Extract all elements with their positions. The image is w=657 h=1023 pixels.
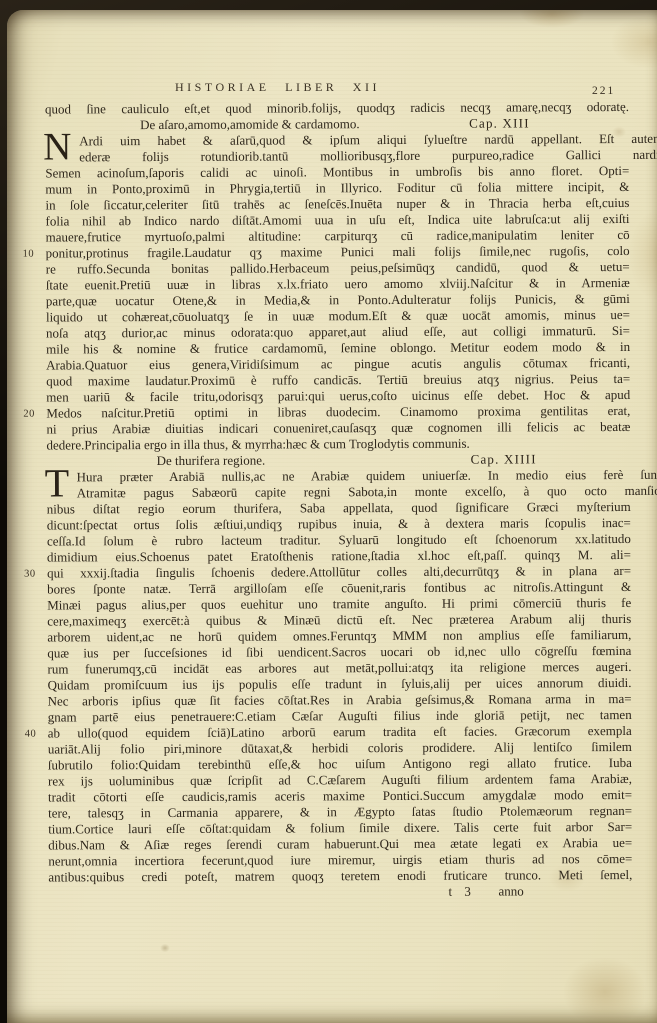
- text-block: N T t 3 anno quod ſine cauliculo eſt,et …: [45, 99, 633, 922]
- book-scan-photo: { "page": { "header": { "running_title":…: [0, 0, 657, 1023]
- margin-line-number: 40: [25, 727, 37, 743]
- chapter-title: De thurifera regione.: [157, 453, 266, 469]
- chapter-number: Cap. XIII: [469, 115, 530, 131]
- folio-page-number: 221: [592, 85, 615, 97]
- gathering-signature-mark: t 3: [448, 884, 470, 900]
- margin-line-number: 10: [23, 247, 35, 263]
- margin-line-number: 30: [24, 567, 36, 583]
- book-page: HISTORIAE LIBER XII 221 N T t 3 anno quo…: [7, 10, 657, 1023]
- chapter-number: Cap. XIIII: [471, 451, 537, 467]
- signature-line: t 3 anno: [48, 883, 632, 902]
- running-title: HISTORIAE LIBER XII: [175, 80, 380, 95]
- margin-line-number: 20: [23, 407, 35, 423]
- catchword: anno: [498, 883, 523, 899]
- chapter-title: De aſaro,amomo,amomide & cardamomo.: [140, 116, 360, 133]
- text-line: antibus:quibus credi poteſt, matrem quoq…: [48, 867, 632, 886]
